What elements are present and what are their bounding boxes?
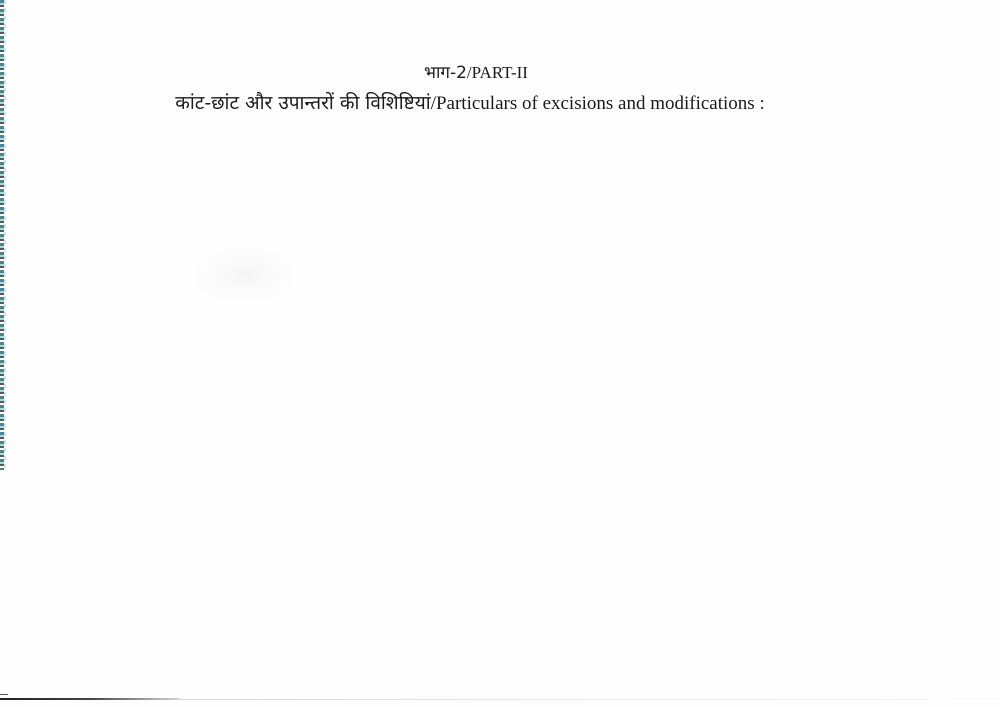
bottom-rule	[0, 698, 180, 700]
bottom-tick-mark	[0, 694, 8, 695]
heading-english: Particulars of excisions and modificatio…	[436, 93, 765, 114]
part-label-english: PART-II	[472, 63, 528, 82]
faint-stamp-bleed	[190, 245, 300, 305]
heading-hindi: कांट-छांट और उपान्तरों की विशिष्टियां	[175, 92, 430, 114]
part-title: भाग-2/PART-II	[0, 60, 1000, 83]
scanned-page: भाग-2/PART-II कांट-छांट और उपान्तरों की …	[0, 0, 1000, 707]
section-heading: कांट-छांट और उपान्तरों की विशिष्टियां/Pa…	[0, 89, 1000, 115]
part-label-separator: /	[467, 63, 472, 82]
bottom-rule-faint	[180, 699, 1000, 700]
part-label-hindi: भाग-2	[424, 63, 467, 83]
